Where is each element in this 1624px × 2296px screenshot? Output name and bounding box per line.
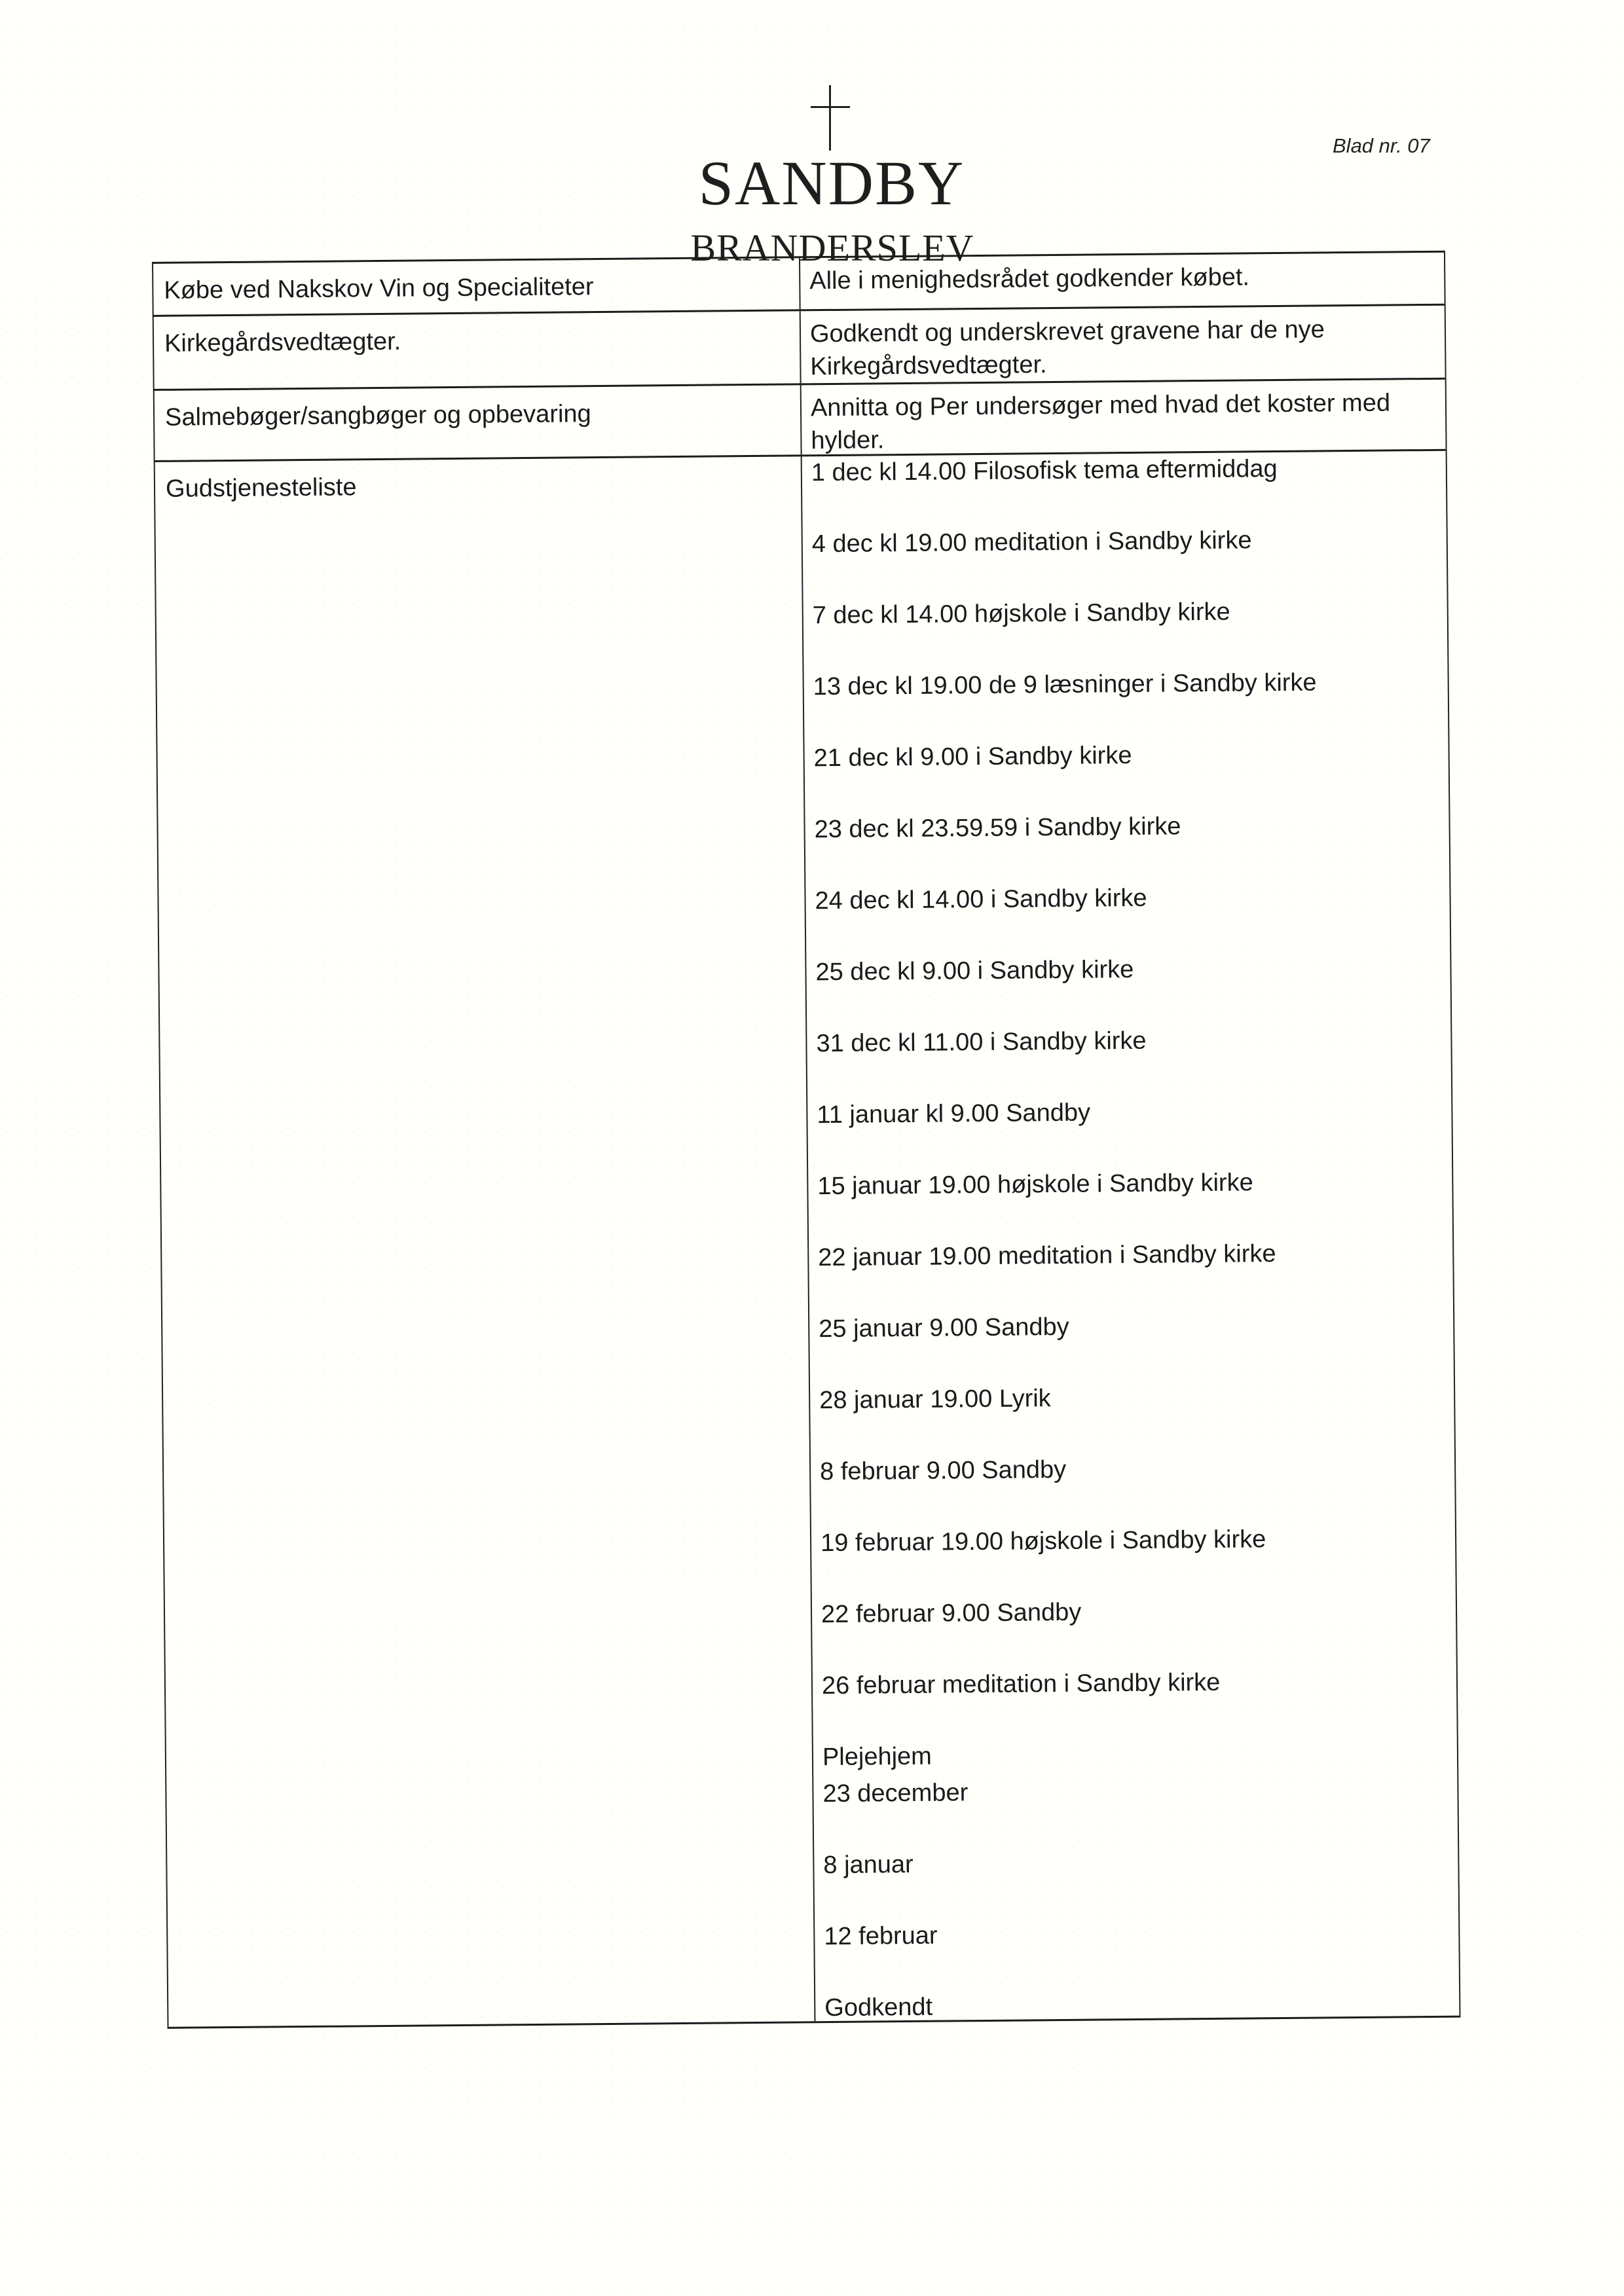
schedule-item: 1 dec kl 14.00 Filosofisk tema eftermidd… — [811, 451, 1437, 528]
service-schedule: 1 dec kl 14.00 Filosofisk tema eftermidd… — [802, 451, 1461, 2022]
schedule-item: 26 februar meditation i Sandby kirke — [822, 1664, 1448, 1741]
schedule-item: 22 februar 9.00 Sandby — [821, 1593, 1447, 1669]
cross-icon — [811, 85, 850, 151]
schedule-item: 7 dec kl 14.00 højskole i Sandby kirke — [813, 594, 1439, 670]
nursing-home-date: 23 december — [822, 1772, 1449, 1849]
schedule-item: 15 januar 19.00 højskole i Sandby kirke — [817, 1165, 1443, 1241]
table-row: Salmebøger/sangbøger og opbevaring Annit… — [153, 378, 1447, 460]
schedule-item: 23 dec kl 23.59.59 i Sandby kirke — [814, 808, 1440, 884]
nursing-home-label: Plejehjem — [822, 1736, 1448, 1777]
decision-cell: Godkendt og underskrevet gravene har de … — [801, 306, 1447, 384]
decision-cell: Annitta og Per undersøger med hvad det k… — [802, 380, 1447, 455]
topic-cell: Salmebøger/sangbøger og opbevaring — [153, 385, 802, 460]
schedule-item: 25 dec kl 9.00 i Sandby kirke — [815, 951, 1441, 1027]
schedule-item: 4 dec kl 19.00 meditation i Sandby kirke — [812, 522, 1438, 599]
schedule-item: 13 dec kl 19.00 de 9 læsninger i Sandby … — [813, 665, 1439, 742]
topic-cell: Kirkegårdsvedtægter. — [153, 311, 802, 389]
minutes-table: Købe ved Nakskov Vin og Specialiteter Al… — [152, 251, 1460, 2029]
document-page: SANDBY BRANDERSLEV Blad nr. 07 Købe ved … — [0, 0, 1624, 2296]
table-row: Kirkegårdsvedtægter. Godkendt og undersk… — [153, 304, 1447, 389]
decision-cell: Alle i menighedsrådet godkender købet. — [800, 253, 1446, 310]
schedule-item: 28 januar 19.00 Lyrik — [819, 1379, 1445, 1455]
topic-cell: Købe ved Nakskov Vin og Specialiteter — [152, 258, 801, 315]
schedule-item: 22 januar 19.00 meditation i Sandby kirk… — [818, 1236, 1444, 1313]
sheet-number: Blad nr. 07 — [1333, 134, 1430, 158]
table-row: Købe ved Nakskov Vin og Specialiteter Al… — [152, 251, 1446, 315]
schedule-item: 8 februar 9.00 Sandby — [820, 1450, 1446, 1527]
schedule-item: 11 januar kl 9.00 Sandby — [817, 1093, 1443, 1170]
schedule-item: 24 dec kl 14.00 i Sandby kirke — [815, 879, 1441, 956]
nursing-home-date: 8 januar — [823, 1844, 1449, 1920]
schedule-item: 25 januar 9.00 Sandby — [819, 1307, 1445, 1384]
approval-status: Godkendt — [824, 1986, 1450, 2063]
church-title: SANDBY — [0, 152, 1624, 215]
table-row: Gudstjenesteliste 1 dec kl 14.00 Filosof… — [154, 449, 1461, 2029]
topic-cell: Gudstjenesteliste — [154, 456, 816, 2027]
schedule-item: 21 dec kl 9.00 i Sandby kirke — [813, 737, 1439, 813]
schedule-item: 31 dec kl 11.00 i Sandby kirke — [816, 1022, 1442, 1099]
schedule-item: 19 februar 19.00 højskole i Sandby kirke — [821, 1522, 1447, 1598]
nursing-home-date: 12 februar — [824, 1915, 1450, 1992]
